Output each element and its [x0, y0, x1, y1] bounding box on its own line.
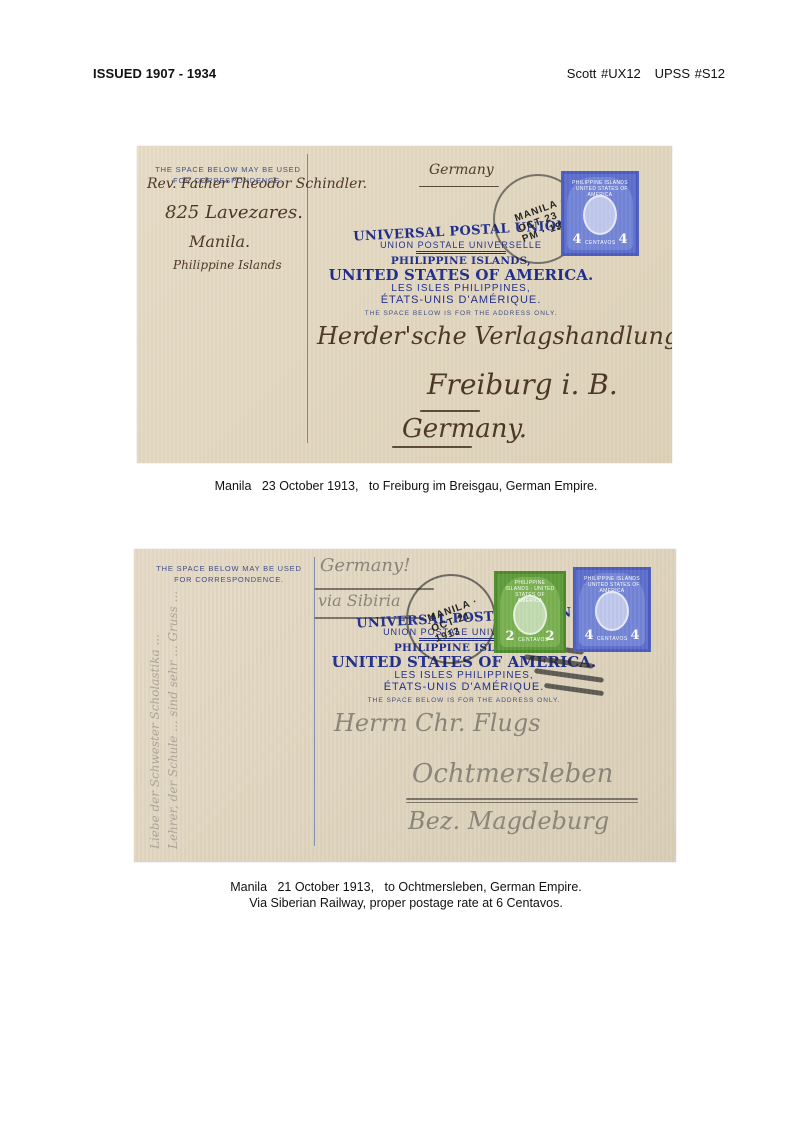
- correspondence-note: THE SPACE BELOW MAY BE USED FOR CORRESPO…: [148, 563, 310, 585]
- country-note: Germany: [429, 162, 494, 178]
- stamp-value-left: 4: [581, 628, 597, 644]
- portrait-icon: [513, 595, 547, 635]
- mckinley-portrait-stamp-icon: PHILIPPINE ISLANDS · UNITED STATES OF AM…: [561, 171, 639, 256]
- address-line-2: Freiburg i. B.: [427, 368, 618, 401]
- sender-street: 825 Lavezares.: [165, 202, 303, 223]
- portrait-icon: [583, 195, 617, 235]
- imprint-etats-unis: ÉTATS-UNIS D'AMÉRIQUE.: [311, 294, 611, 306]
- imprint-usa: UNITED STATES OF AMERICA.: [311, 267, 611, 283]
- caption-card-2: Manila 21 October 1913, to Ochtmersleben…: [0, 879, 812, 911]
- stamp-value-right: 2: [542, 629, 558, 645]
- routing-via: via Sibiria: [318, 591, 401, 610]
- stamp-denomination: CENTAVOS: [597, 636, 627, 642]
- country-underline: [419, 186, 499, 187]
- postal-card-1: THE SPACE BELOW MAY BE USED FOR CORRESPO…: [137, 146, 672, 463]
- address-line-3: Bez. Magdeburg: [408, 807, 609, 835]
- address-line-3: Germany.: [402, 414, 527, 444]
- stamp-denomination: CENTAVOS: [585, 240, 615, 246]
- imprint-address-only: THE SPACE BELOW IS FOR THE ADDRESS ONLY.: [311, 310, 611, 317]
- handwritten-message: Liebe der Schwester Scholastika ... Lehr…: [146, 589, 306, 849]
- address-line-1: Herrn Chr. Flugs: [334, 709, 541, 737]
- address-line-1: Herder'sche Verlagshandlung: [317, 322, 672, 350]
- caption-card-1: Manila 23 October 1913, to Freiburg im B…: [0, 478, 812, 494]
- postal-card-2: THE SPACE BELOW MAY BE USED FOR CORRESPO…: [134, 549, 676, 862]
- stamp-value-left: 2: [502, 629, 518, 645]
- address-underline-2: [392, 446, 472, 448]
- stamp-value-right: 4: [627, 628, 643, 644]
- mckinley-portrait-stamp-icon: PHILIPPINE ISLANDS · UNITED STATES OF AM…: [573, 567, 651, 652]
- sender-country: Philippine Islands: [173, 258, 282, 272]
- sender-city: Manila.: [189, 232, 250, 251]
- postmark-text: MANILA · OCT 21 · 1913: [426, 592, 497, 645]
- stamp-value-right: 4: [615, 232, 631, 248]
- card-divider-line: [307, 154, 308, 443]
- sender-name: Rev. Father Theodor Schindler.: [147, 176, 367, 192]
- address-underline: [406, 798, 638, 800]
- stamp-denomination: CENTAVOS: [518, 637, 542, 643]
- manila-postmark: MANILA · OCT 21 · 1913: [406, 574, 496, 664]
- address-line-2: Ochtmersleben: [412, 759, 613, 789]
- imprint-address-only: THE SPACE BELOW IS FOR THE ADDRESS ONLY.: [314, 697, 614, 704]
- imprint-ornament: [416, 251, 506, 254]
- routing-country: Germany!: [320, 555, 410, 576]
- imprint-les-isles: LES ISLES PHILIPPINES,: [311, 283, 611, 294]
- issued-range: ISSUED 1907 - 1934: [93, 66, 216, 81]
- stamp-value-left: 4: [569, 232, 585, 248]
- catalog-numbers: Scott #UX12 UPSS #S12: [567, 66, 725, 81]
- rizal-portrait-stamp-icon: PHILIPPINE ISLANDS · UNITED STATES OF AM…: [494, 571, 566, 653]
- address-underline-double: [406, 802, 638, 803]
- address-underline-1: [420, 410, 480, 412]
- portrait-icon: [595, 591, 629, 631]
